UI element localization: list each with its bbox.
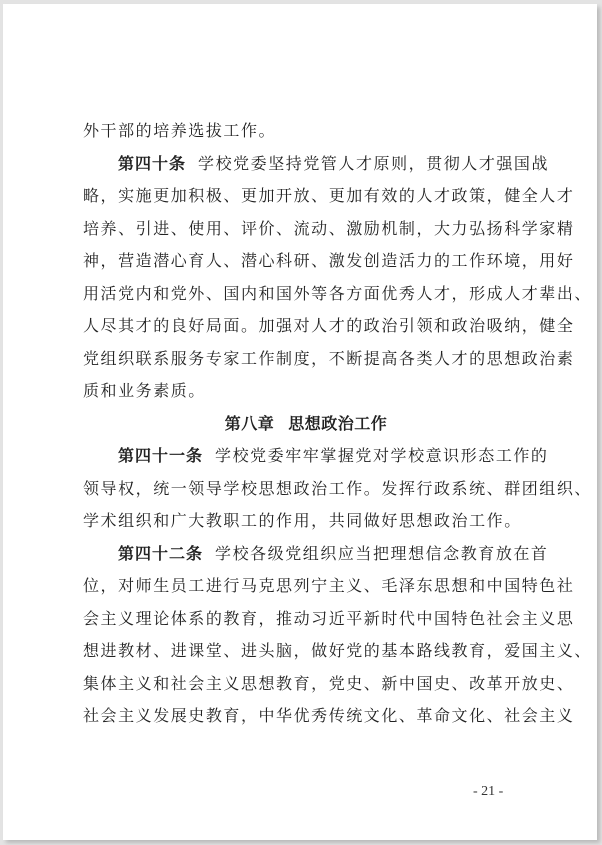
line-text: 党组织联系服务专家工作制度，不断提高各类人才的思想政治素: [83, 349, 574, 368]
document-page: 外干部的培养选拔工作。第四十条学校党委坚持党管人才原则，贯彻人才强国战略，实施更…: [3, 4, 597, 840]
line-text: 集体主义和社会主义思想教育，党史、新中国史、改革开放史、: [83, 674, 574, 693]
line-text: 会主义理论体系的教育，推动习近平新时代中国特色社会主义思: [83, 609, 574, 628]
page-body: 外干部的培养选拔工作。第四十条学校党委坚持党管人才原则，贯彻人才强国战略，实施更…: [83, 115, 529, 733]
line-text: 神，营造潜心育人、潜心科研、激发创造活力的工作环境，用好: [83, 251, 574, 270]
line-text: 社会主义发展史教育，中华优秀传统文化、革命文化、社会主义: [83, 706, 574, 725]
section-before-chapter: 外干部的培养选拔工作。第四十条学校党委坚持党管人才原则，贯彻人才强国战略，实施更…: [83, 115, 529, 408]
line-text: 培养、引进、使用、评价、流动、激励机制，大力弘扬科学家精: [83, 219, 574, 238]
text-line: 会主义理论体系的教育，推动习近平新时代中国特色社会主义思: [83, 603, 529, 636]
line-text: 外干部的培养选拔工作。: [83, 121, 276, 140]
line-text: 领导权，统一领导学校思想政治工作。发挥行政系统、群团组织、: [83, 479, 592, 498]
article-number: 第四十二条: [118, 544, 203, 563]
article-paragraph-start: 第四十一条学校党委牢牢掌握党对学校意识形态工作的: [83, 440, 529, 473]
text-line: 领导权，统一领导学校思想政治工作。发挥行政系统、群团组织、: [83, 473, 529, 506]
text-line: 神，营造潜心育人、潜心科研、激发创造活力的工作环境，用好: [83, 245, 529, 278]
line-text: 用活党内和党外、国内和国外等各方面优秀人才，形成人才辈出、: [83, 284, 592, 303]
line-text: 位，对师生员工进行马克思列宁主义、毛泽东思想和中国特色社: [83, 576, 574, 595]
article-paragraph-start: 第四十二条学校各级党组织应当把理想信念教育放在首: [83, 538, 529, 571]
line-text: 学校党委牢牢掌握党对学校意识形态工作的: [215, 446, 548, 465]
line-text: 想进教材、进课堂、进头脑，做好党的基本路线教育，爱国主义、: [83, 641, 592, 660]
article-paragraph-start: 第四十条学校党委坚持党管人才原则，贯彻人才强国战: [83, 148, 529, 181]
article-number: 第四十一条: [118, 446, 203, 465]
text-line: 培养、引进、使用、评价、流动、激励机制，大力弘扬科学家精: [83, 213, 529, 246]
text-line: 略，实施更加积极、更加开放、更加有效的人才政策，健全人才: [83, 180, 529, 213]
text-line: 党组织联系服务专家工作制度，不断提高各类人才的思想政治素: [83, 343, 529, 376]
line-text: 略，实施更加积极、更加开放、更加有效的人才政策，健全人才: [83, 186, 574, 205]
text-line: 位，对师生员工进行马克思列宁主义、毛泽东思想和中国特色社: [83, 570, 529, 603]
text-line: 社会主义发展史教育，中华优秀传统文化、革命文化、社会主义: [83, 700, 529, 733]
chapter-title: 思想政治工作: [288, 414, 387, 433]
text-line: 用活党内和党外、国内和国外等各方面优秀人才，形成人才辈出、: [83, 278, 529, 311]
line-text: 人尽其才的良好局面。加强对人才的政治引领和政治吸纳，健全: [83, 316, 574, 335]
chapter-heading: 第八章思想政治工作: [83, 408, 529, 441]
text-line: 人尽其才的良好局面。加强对人才的政治引领和政治吸纳，健全: [83, 310, 529, 343]
line-text: 质和业务素质。: [83, 381, 206, 400]
text-line: 质和业务素质。: [83, 375, 529, 408]
line-text: 学校各级党组织应当把理想信念教育放在首: [215, 544, 548, 563]
line-text: 学术组织和广大教职工的作用，共同做好思想政治工作。: [83, 511, 522, 530]
section-after-chapter: 第四十一条学校党委牢牢掌握党对学校意识形态工作的领导权，统一领导学校思想政治工作…: [83, 440, 529, 733]
text-line: 想进教材、进课堂、进头脑，做好党的基本路线教育，爱国主义、: [83, 635, 529, 668]
line-text: 学校党委坚持党管人才原则，贯彻人才强国战: [198, 154, 549, 173]
text-line: 集体主义和社会主义思想教育，党史、新中国史、改革开放史、: [83, 668, 529, 701]
article-number: 第四十条: [118, 154, 186, 173]
page-number: - 21 -: [473, 784, 503, 800]
chapter-number: 第八章: [225, 414, 275, 433]
text-line: 外干部的培养选拔工作。: [83, 115, 529, 148]
text-line: 学术组织和广大教职工的作用，共同做好思想政治工作。: [83, 505, 529, 538]
